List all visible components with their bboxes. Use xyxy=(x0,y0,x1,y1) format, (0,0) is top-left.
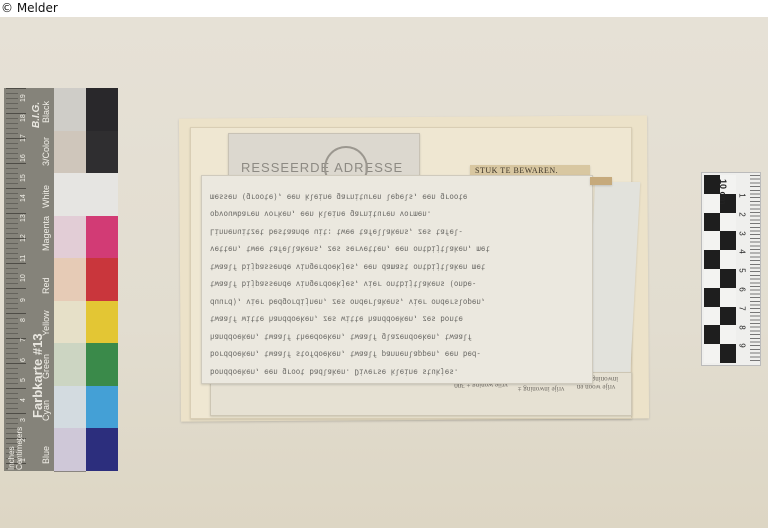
ruler-number: 14 xyxy=(20,194,27,202)
patch-label: White xyxy=(41,185,51,208)
ruler-number: 2 xyxy=(20,438,27,442)
typed-letter: bonddoeken, een groot badlaken. Diverse … xyxy=(201,175,593,384)
checker-cell xyxy=(720,288,736,307)
swatch-dark-white xyxy=(86,173,118,216)
swatch-light-red xyxy=(54,258,86,302)
ruler-number: 19 xyxy=(20,94,27,102)
scale-bar: 10 cm 123456789 xyxy=(701,172,761,366)
checker-cell xyxy=(704,250,720,269)
checker-cell xyxy=(720,307,736,326)
checker-cell xyxy=(704,213,720,232)
patch-label: Magenta xyxy=(41,216,51,251)
swatch-dark-cyan xyxy=(86,386,118,429)
patch-label: Cyan xyxy=(41,400,51,421)
swatch-dark-magenta xyxy=(86,216,118,259)
typed-line: vetten, twee tafellakens, zes servetten,… xyxy=(210,241,584,259)
envelope-stamp-text: RESSEERDE ADRESSE xyxy=(241,160,403,175)
checker-cell xyxy=(704,231,720,250)
ruler-number: 1 xyxy=(20,458,27,462)
ruler-number: 7 xyxy=(20,338,27,342)
ruler-strip: Farbkarte #13 B.I.G. Inches Centimeters … xyxy=(4,88,54,471)
patch-label: Red xyxy=(41,277,51,294)
swatch-light-white xyxy=(54,173,86,217)
typed-line: opvouwbaren vorken, een kleine garniture… xyxy=(210,206,584,224)
checker-cell xyxy=(704,269,720,288)
swatch-dark-blue xyxy=(86,428,118,471)
ruler-number: 3 xyxy=(20,418,27,422)
swatch-light-blue xyxy=(54,428,86,472)
typed-line: duurd), vier bedgordijnen, zes onderlake… xyxy=(210,293,584,311)
swatch-light-cyan xyxy=(54,386,86,430)
ruler-number: 13 xyxy=(20,214,27,222)
checker-cell xyxy=(720,231,736,250)
patch-label: Black xyxy=(41,101,51,123)
patch-label: 3/Color xyxy=(41,137,51,166)
tape-strip xyxy=(590,177,612,185)
typed-line: bonddoeken, een groot badlaken. Diverse … xyxy=(210,363,584,381)
typed-line: Linnenuitzet bestaande uit: twee tafella… xyxy=(210,223,584,241)
patch-label: Green xyxy=(41,354,51,379)
patch-label: Yellow xyxy=(41,310,51,336)
header-bar: © Melder xyxy=(0,0,768,17)
swatch-dark-black xyxy=(86,88,118,131)
scale-number: 3 xyxy=(738,231,747,235)
checker-cell xyxy=(704,307,720,326)
scale-number: 1 xyxy=(738,193,747,197)
ruler-number: 8 xyxy=(20,318,27,322)
document-photo: Farbkarte #13 B.I.G. Inches Centimeters … xyxy=(0,17,768,528)
scale-number: 8 xyxy=(738,325,747,329)
ruler-number: 5 xyxy=(20,378,27,382)
swatch-dark-green xyxy=(86,343,118,386)
ruler-number: 17 xyxy=(20,134,27,142)
scale-label: 10 cm xyxy=(718,179,728,205)
swatch-dark-yellow xyxy=(86,301,118,344)
patch-label: Blue xyxy=(41,446,51,464)
ruler-number: 11 xyxy=(20,255,27,262)
checker-cell xyxy=(704,288,720,307)
swatch-dark-red xyxy=(86,258,118,301)
typed-line: borddoeken, twaalf stofdoeken, twaalf pa… xyxy=(210,346,584,364)
swatch-light-3-color xyxy=(54,131,86,175)
envelope: RESSEERDE ADRESSE xyxy=(228,133,420,181)
scale-number: 2 xyxy=(738,212,747,216)
typed-text: bonddoeken, een groot badlaken. Diverse … xyxy=(210,188,584,381)
typed-line: messen (groote), een kleine garnituren l… xyxy=(210,188,584,206)
ruler-number: 4 xyxy=(20,398,27,402)
typed-line: handdoeken, twaalf theedoeken, twaalf gl… xyxy=(210,328,584,346)
scale-number: 5 xyxy=(738,268,747,272)
color-calibration-chart: Farbkarte #13 B.I.G. Inches Centimeters … xyxy=(4,88,118,471)
checker-cell xyxy=(720,213,736,232)
typed-line: twaalf witte handdoeken, zes witte handd… xyxy=(210,311,584,329)
ruler-number: 9 xyxy=(20,298,27,302)
swatch-dark-3-color xyxy=(86,131,118,174)
millimeter-ticks xyxy=(750,175,760,363)
swatch-light-green xyxy=(54,343,86,387)
scale-number: 4 xyxy=(738,250,747,254)
checker-cell xyxy=(704,325,720,344)
notice-text: STUK TE BEWAREN. xyxy=(475,166,558,175)
checker-cell xyxy=(720,250,736,269)
swatch-light-yellow xyxy=(54,301,86,345)
scale-number: 6 xyxy=(738,287,747,291)
copyright-credit: © Melder xyxy=(1,0,58,16)
swatch-light-magenta xyxy=(54,216,86,260)
ruler-number: 6 xyxy=(20,358,27,362)
checker-cell xyxy=(720,269,736,288)
ruler-number: 15 xyxy=(20,174,27,182)
typed-line: twaalf bijpassende vingerdoekjes, een da… xyxy=(210,258,584,276)
checker-cell xyxy=(704,344,720,363)
checker-cell xyxy=(720,325,736,344)
swatch-light-black xyxy=(54,88,86,132)
ruler-number: 12 xyxy=(20,234,27,242)
typed-line: twaalf bijpassende vingerdoekjes, vier o… xyxy=(210,276,584,294)
ruler-number: 16 xyxy=(20,154,27,162)
chart-unit-cm: Centimeters xyxy=(15,427,24,470)
checker-cell xyxy=(720,344,736,363)
ruler-number: 10 xyxy=(20,274,27,282)
scale-number: 9 xyxy=(738,344,747,348)
ruler-number: 18 xyxy=(20,114,27,122)
scale-number: 7 xyxy=(738,306,747,310)
